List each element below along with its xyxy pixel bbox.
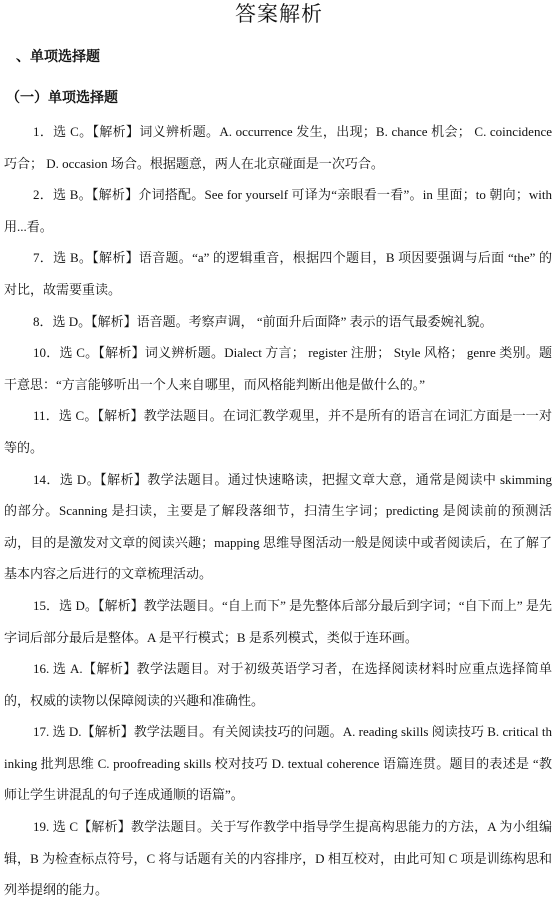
answer-paragraph-1: 1．选 C。【解析】词义辨析题。A. occurrence 发生，出现；B. c… bbox=[4, 116, 552, 179]
answer-paragraph-11: 11．选 C。【解析】教学法题目。在词汇教学观里，并不是所有的语言在词汇方面是一… bbox=[4, 400, 552, 463]
answer-paragraph-15: 15．选 D。【解析】教学法题目。“自上而下” 是先整体后部分最后到字词；“自下… bbox=[4, 590, 552, 653]
answer-paragraph-2: 2．选 B。【解析】介词搭配。See for yourself 可译为“亲眼看一… bbox=[4, 179, 552, 242]
document-title: 答案解析 bbox=[0, 0, 558, 28]
answer-paragraph-14: 14．选 D。【解析】教学法题目。通过快速略读，把握文章大意，通常是阅读中 sk… bbox=[4, 464, 552, 590]
answer-paragraph-7: 7．选 B。【解析】语音题。“a” 的逻辑重音，根据四个题目，B 项因要强调与后… bbox=[4, 242, 552, 305]
answer-paragraph-19: 19. 选 C【解析】教学法题目。关于写作教学中指导学生提高构思能力的方法，A … bbox=[4, 811, 552, 900]
answer-paragraph-16: 16. 选 A.【解析】教学法题目。对于初级英语学习者，在选择阅读材料时应重点选… bbox=[4, 653, 552, 716]
answer-paragraph-10: 10．选 C。【解析】词义辨析题。Dialect 方言； register 注册… bbox=[4, 337, 552, 400]
answer-explanations: 1．选 C。【解析】词义辨析题。A. occurrence 发生，出现；B. c… bbox=[4, 116, 552, 900]
answer-paragraph-17: 17. 选 D.【解析】教学法题目。有关阅读技巧的问题。A. reading s… bbox=[4, 716, 552, 811]
section-heading: 、单项选择题 bbox=[16, 45, 100, 69]
subsection-heading: （一）单项选择题 bbox=[6, 86, 118, 110]
answer-paragraph-8: 8．选 D。【解析】语音题。考察声调， “前面升后面降” 表示的语气最委婉礼貌。 bbox=[4, 306, 552, 338]
